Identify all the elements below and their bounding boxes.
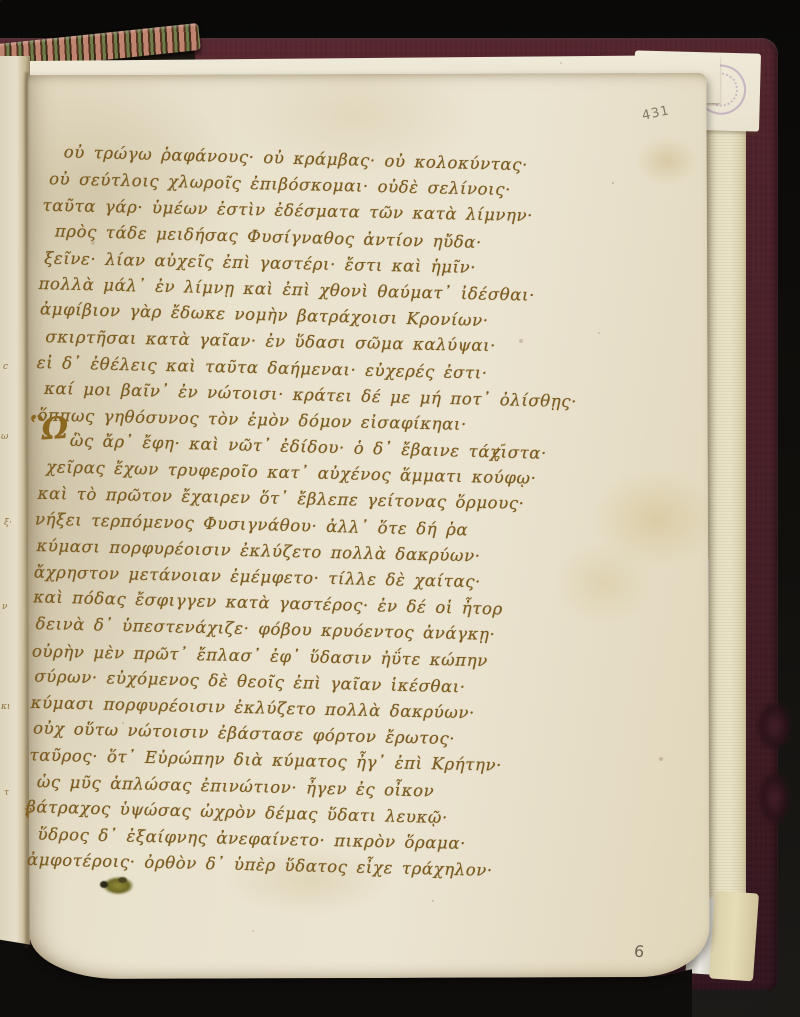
manuscript-photo: ϲ ω ξ· ν κι τ οὐ τρώγω ῥαφάνους· οὐ κράμ…: [0, 0, 800, 1017]
foxing-specks: [0, 0, 2, 2]
quire-signature-pencil: 6: [633, 942, 645, 962]
cover-edge-bump: [756, 700, 792, 752]
text-block: οὐ τρώγω ῥαφάνους· οὐ κράμβας· οὐ κολοκύ…: [23, 140, 580, 886]
marginal-left-nota: γ̈: [23, 804, 32, 820]
page-block-edge: [706, 118, 746, 974]
gutter-text-fragment: τ: [4, 788, 9, 798]
stain-speck: [100, 881, 108, 888]
endleaf-cream-edge: [709, 891, 759, 982]
gutter-text-fragment: ω: [1, 432, 8, 442]
cloth-weave-texture: [706, 118, 746, 974]
gutter-text-fragment: κι: [1, 702, 10, 712]
stain-speck: [118, 877, 127, 883]
gutter-text-fragment: ϲ: [3, 362, 8, 372]
marginal-initial-omega: Ὣ: [29, 411, 70, 449]
gutter-text-fragment: ξ·: [4, 518, 12, 528]
gutter-text-fragment: ν: [2, 602, 7, 612]
cover-edge-bump: [758, 770, 790, 826]
wax-stain: [94, 874, 138, 900]
